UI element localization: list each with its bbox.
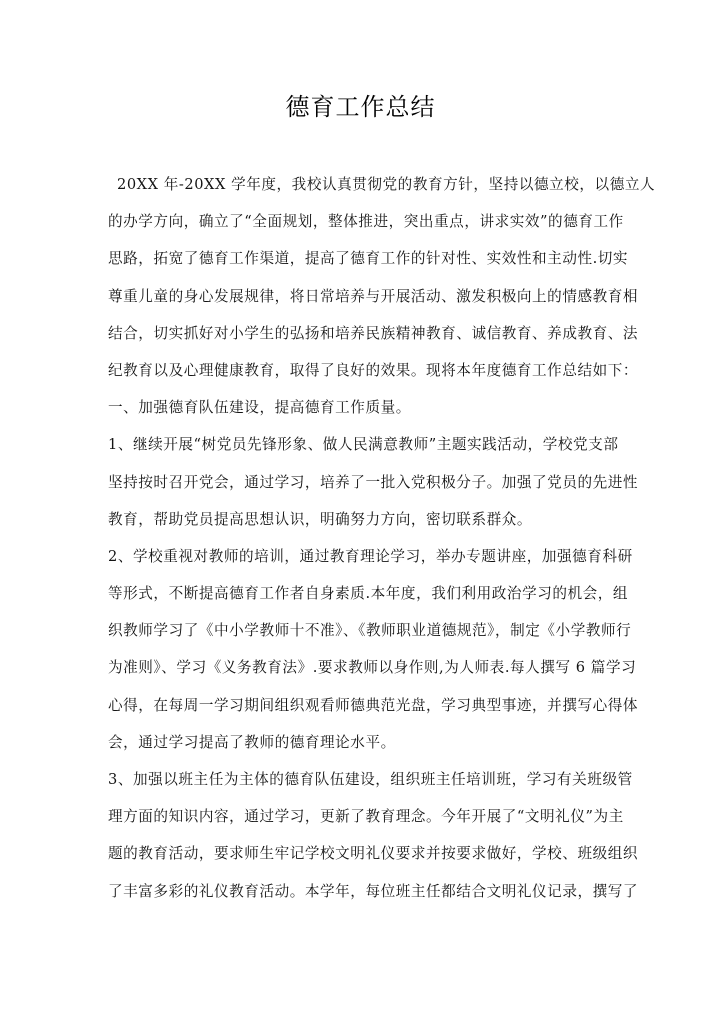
document-body: 20XX 年-20XX 学年度，我校认真贯彻党的教育方针，坚持以德立校，以德立人… (108, 172, 616, 916)
paragraph-intro-line-1: 20XX 年-20XX 学年度，我校认真贯彻党的教育方针，坚持以德立校，以德立人 (108, 172, 616, 209)
document-title: 德育工作总结 (0, 90, 721, 124)
item-1-line-1: 1、继续开展“树党员先锋形象、做人民满意教师”主题实践活动，学校党支部 (108, 432, 616, 469)
item-3-line-4: 了丰富多彩的礼仪教育活动。本学年，每位班主任都结合文明礼仪记录，撰写了 (108, 879, 616, 916)
paragraph-intro-line-4: 尊重儿童的身心发展规律，将日常培养与开展活动、激发积极向上的情感教育相 (108, 284, 616, 321)
item-3-line-2: 理方面的知识内容，通过学习，更新了教育理念。今年开展了“文明礼仪”为主 (108, 804, 616, 841)
item-2-line-5: 心得，在每周一学习期间组织观看师德典范光盘，学习典型事迹，并撰写心得体 (108, 693, 616, 730)
section-heading-1: 一、加强德育队伍建设，提高德育工作质量。 (108, 395, 616, 432)
item-1-line-3: 教育，帮助党员提高思想认识，明确努力方向，密切联系群众。 (108, 507, 616, 544)
item-2-line-6: 会，通过学习提高了教师的德育理论水平。 (108, 730, 616, 767)
item-2-line-2: 等形式，不断提高德育工作者自身素质.本年度，我们利用政治学习的机会，组 (108, 581, 616, 618)
item-1-line-2: 坚持按时召开党会，通过学习，培养了一批入党积极分子。加强了党员的先进性 (108, 470, 616, 507)
item-2-line-4: 为准则》、学习《义务教育法》.要求教师以身作则,为人师表.每人撰写 6 篇学习 (108, 655, 616, 692)
document-page: 德育工作总结 20XX 年-20XX 学年度，我校认真贯彻党的教育方针，坚持以德… (0, 0, 721, 1020)
paragraph-intro-line-6: 纪教育以及心理健康教育，取得了良好的效果。现将本年度德育工作总结如下： (108, 358, 616, 395)
item-3-line-3: 题的教育活动，要求师生牢记学校文明礼仪要求并按要求做好，学校、班级组织 (108, 841, 616, 878)
item-2-line-1: 2、学校重视对教师的培训，通过教育理论学习，举办专题讲座，加强德育科研 (108, 544, 616, 581)
paragraph-intro-line-3: 思路，拓宽了德育工作渠道，提高了德育工作的针对性、实效性和主动性.切实 (108, 246, 616, 283)
paragraph-intro-line-5: 结合，切实抓好对小学生的弘扬和培养民族精神教育、诚信教育、养成教育、法 (108, 321, 616, 358)
item-2-line-3: 织教师学习了《中小学教师十不准》、《教师职业道德规范》，制定《小学教师行 (108, 618, 616, 655)
paragraph-intro-line-2: 的办学方向，确立了“全面规划，整体推进，突出重点，讲求实效”的德育工作 (108, 209, 616, 246)
item-3-line-1: 3、加强以班主任为主体的德育队伍建设，组织班主任培训班，学习有关班级管 (108, 767, 616, 804)
